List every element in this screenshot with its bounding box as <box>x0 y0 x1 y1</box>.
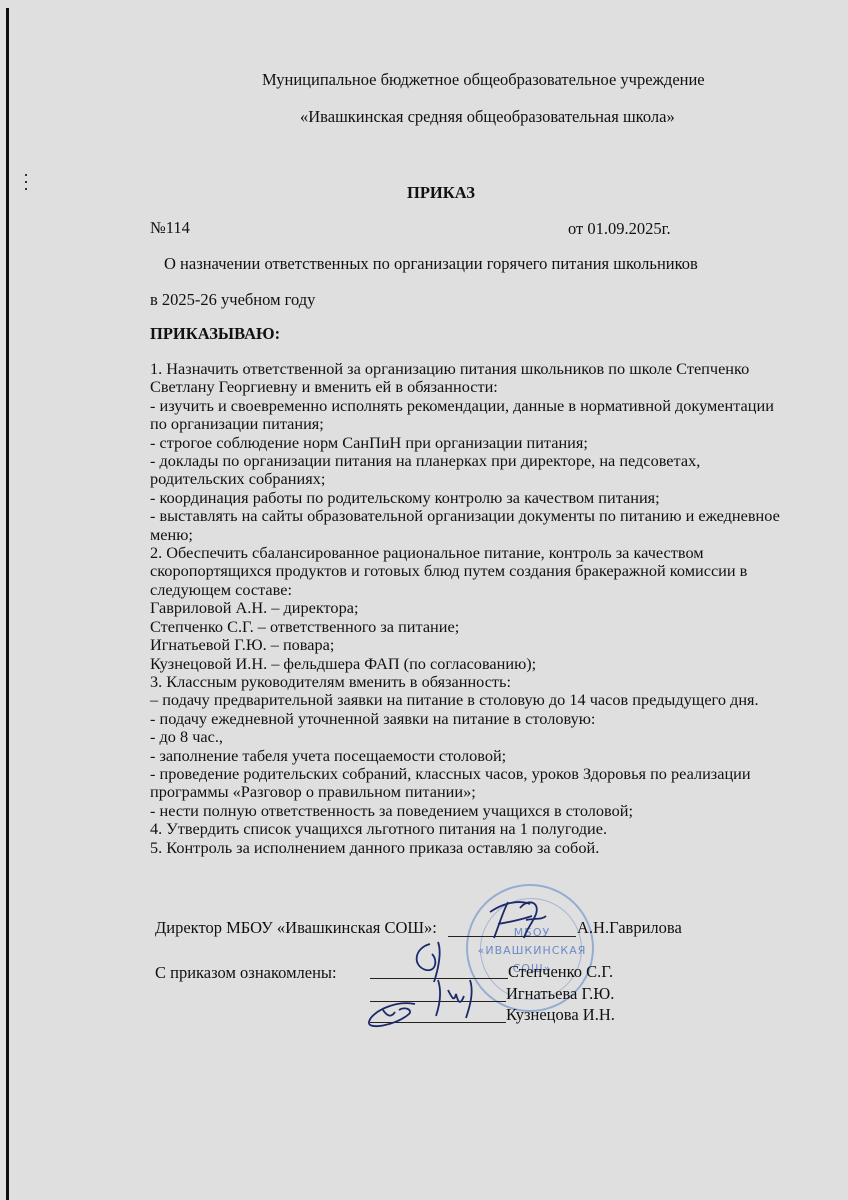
body-line: Гавриловой А.Н. – директора; <box>150 599 840 617</box>
body-line: скоропортящихся продуктов и готовых блюд… <box>150 562 840 580</box>
body-line: - подачу ежедневной уточненной заявки на… <box>150 710 840 728</box>
director-label: Директор МБОУ «Ивашкинская СОШ»: <box>155 918 437 938</box>
body-line: - до 8 час., <box>150 728 840 746</box>
body-line: - строгое соблюдение норм СанПиН при орг… <box>150 434 840 452</box>
body-line: 4. Утвердить список учащихся льготного п… <box>150 820 840 838</box>
order-heading: ПРИКАЗЫВАЮ: <box>150 324 280 344</box>
body-line: - доклады по организации питания на план… <box>150 452 840 470</box>
body-line: 5. Контроль за исполнением данного прика… <box>150 839 840 857</box>
body-line: 1. Назначить ответственной за организаци… <box>150 360 840 378</box>
body-line: - нести полную ответственность за поведе… <box>150 802 840 820</box>
order-number: №114 <box>150 218 190 238</box>
director-name: А.Н.Гаврилова <box>577 918 682 938</box>
body-line: 3. Классным руководителям вменить в обяз… <box>150 673 840 691</box>
body-line: программы «Разговор о правильном питании… <box>150 783 840 801</box>
acknowledged-label: С приказом ознакомлены: <box>155 963 337 983</box>
order-body: 1. Назначить ответственной за организаци… <box>150 360 840 857</box>
body-line: Кузнецовой И.Н. – фельдшера ФАП (по согл… <box>150 655 840 673</box>
body-line: по организации питания; <box>150 415 840 433</box>
body-line: - изучить и своевременно исполнять реком… <box>150 397 840 415</box>
body-line: 2. Обеспечить сбалансированное рациональ… <box>150 544 840 562</box>
organization-line-1: Муниципальное бюджетное общеобразователь… <box>262 70 705 90</box>
order-date: от 01.09.2025г. <box>568 219 671 239</box>
body-line: Степченко С.Г. – ответственного за питан… <box>150 618 840 636</box>
order-subject-line-2: в 2025-26 учебном году <box>150 290 315 310</box>
order-subject-line-1: О назначении ответственных по организаци… <box>164 254 698 274</box>
acknowledged-name-2: Игнатьева Г.Ю. <box>506 984 614 1004</box>
document-title: ПРИКАЗ <box>407 183 475 203</box>
stamp-text-line-2: «ИВАШКИНСКАЯ <box>468 944 596 957</box>
body-line: родительских собраниях; <box>150 470 840 488</box>
kuznetsova-signature-scribble <box>365 1000 425 1030</box>
body-line: - координация работы по родительскому ко… <box>150 489 840 507</box>
body-line: Игнатьевой Г.Ю. – повара; <box>150 636 840 654</box>
director-signature-scribble <box>480 894 550 944</box>
ignatieva-signature-scribble <box>430 972 500 1022</box>
scan-artifact-dots <box>24 174 28 194</box>
body-line: - проведение родительских собраний, клас… <box>150 765 840 783</box>
body-line: - выставлять на сайты образовательной ор… <box>150 507 840 525</box>
acknowledged-name-3: Кузнецова И.Н. <box>506 1005 615 1025</box>
organization-line-2: «Ивашкинская средняя общеобразовательная… <box>300 107 675 127</box>
body-line: - заполнение табеля учета посещаемости с… <box>150 747 840 765</box>
body-line: меню; <box>150 526 840 544</box>
body-line: – подачу предварительной заявки на питан… <box>150 691 840 709</box>
scan-edge-line <box>6 8 9 1200</box>
body-line: Светлану Георгиевну и вменить ей в обяза… <box>150 378 840 396</box>
acknowledged-name-1: Степченко С.Г. <box>508 962 613 982</box>
body-line: следующем составе: <box>150 581 840 599</box>
